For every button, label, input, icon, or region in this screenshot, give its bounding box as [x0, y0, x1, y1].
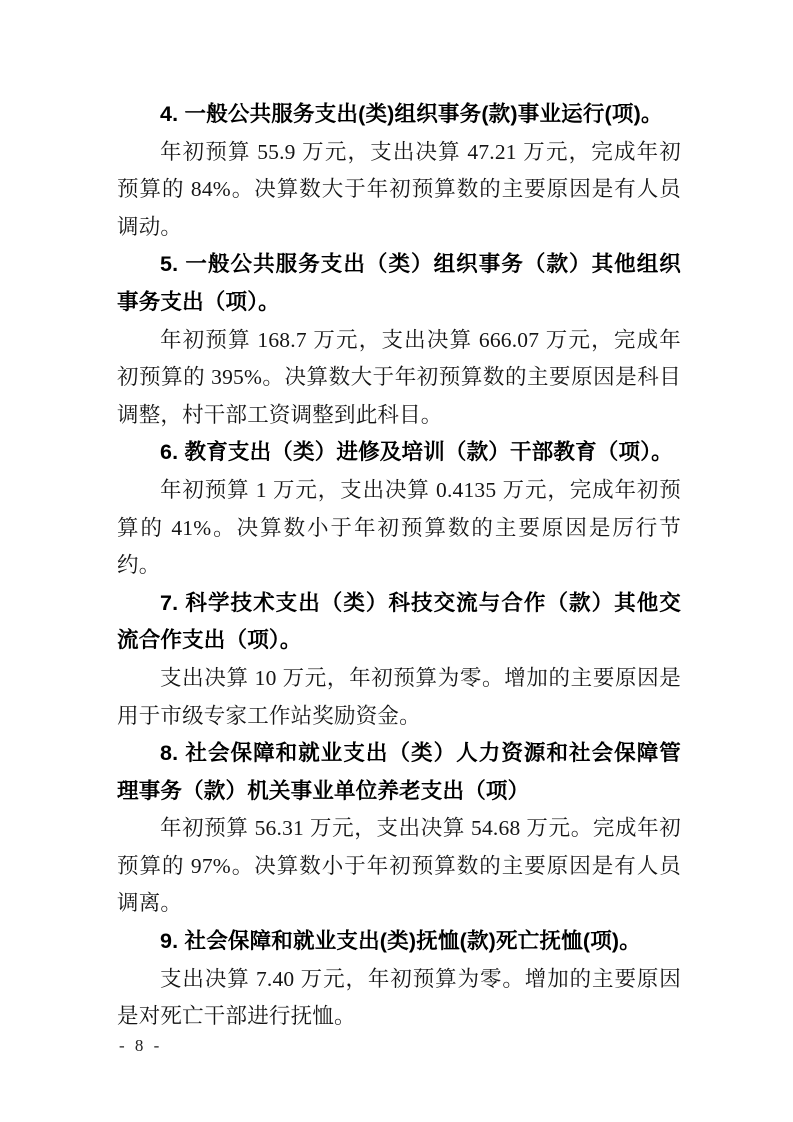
budget-section: 8. 社会保障和就业支出（类）人力资源和社会保障管理事务（款）机关事业单位养老支…: [117, 735, 681, 923]
budget-section: 5. 一般公共服务支出（类）组织事务（款）其他组织事务支出（项）。 年初预算 1…: [117, 246, 681, 434]
section-heading: 6. 教育支出（类）进修及培训（款）干部教育（项）。: [117, 434, 681, 472]
section-heading: 5. 一般公共服务支出（类）组织事务（款）其他组织事务支出（项）。: [117, 246, 681, 321]
section-paragraph: 支出决算 10 万元，年初预算为零。增加的主要原因是用于市级专家工作站奖励资金。: [117, 660, 681, 735]
section-heading: 7. 科学技术支出（类）科技交流与合作（款）其他交流合作支出（项）。: [117, 585, 681, 660]
section-heading: 4. 一般公共服务支出(类)组织事务(款)事业运行(项)。: [117, 96, 681, 134]
section-heading: 9. 社会保障和就业支出(类)抚恤(款)死亡抚恤(项)。: [117, 923, 681, 961]
section-paragraph: 年初预算 168.7 万元，支出决算 666.07 万元，完成年初预算的 395…: [117, 322, 681, 435]
page-number: - 8 -: [119, 1036, 162, 1056]
budget-section: 9. 社会保障和就业支出(类)抚恤(款)死亡抚恤(项)。 支出决算 7.40 万…: [117, 923, 681, 1036]
section-paragraph: 年初预算 55.9 万元，支出决算 47.21 万元，完成年初预算的 84%。决…: [117, 134, 681, 247]
report-body: 4. 一般公共服务支出(类)组织事务(款)事业运行(项)。 年初预算 55.9 …: [117, 96, 681, 1036]
section-paragraph: 年初预算 1 万元，支出决算 0.4135 万元，完成年初预算的 41%。决算数…: [117, 472, 681, 585]
document-page: 4. 一般公共服务支出(类)组织事务(款)事业运行(项)。 年初预算 55.9 …: [0, 0, 793, 1122]
budget-section: 7. 科学技术支出（类）科技交流与合作（款）其他交流合作支出（项）。 支出决算 …: [117, 585, 681, 735]
budget-section: 6. 教育支出（类）进修及培训（款）干部教育（项）。 年初预算 1 万元，支出决…: [117, 434, 681, 584]
section-heading: 8. 社会保障和就业支出（类）人力资源和社会保障管理事务（款）机关事业单位养老支…: [117, 735, 681, 810]
section-paragraph: 支出决算 7.40 万元，年初预算为零。增加的主要原因是对死亡干部进行抚恤。: [117, 961, 681, 1036]
budget-section: 4. 一般公共服务支出(类)组织事务(款)事业运行(项)。 年初预算 55.9 …: [117, 96, 681, 246]
section-paragraph: 年初预算 56.31 万元，支出决算 54.68 万元。完成年初预算的 97%。…: [117, 810, 681, 923]
